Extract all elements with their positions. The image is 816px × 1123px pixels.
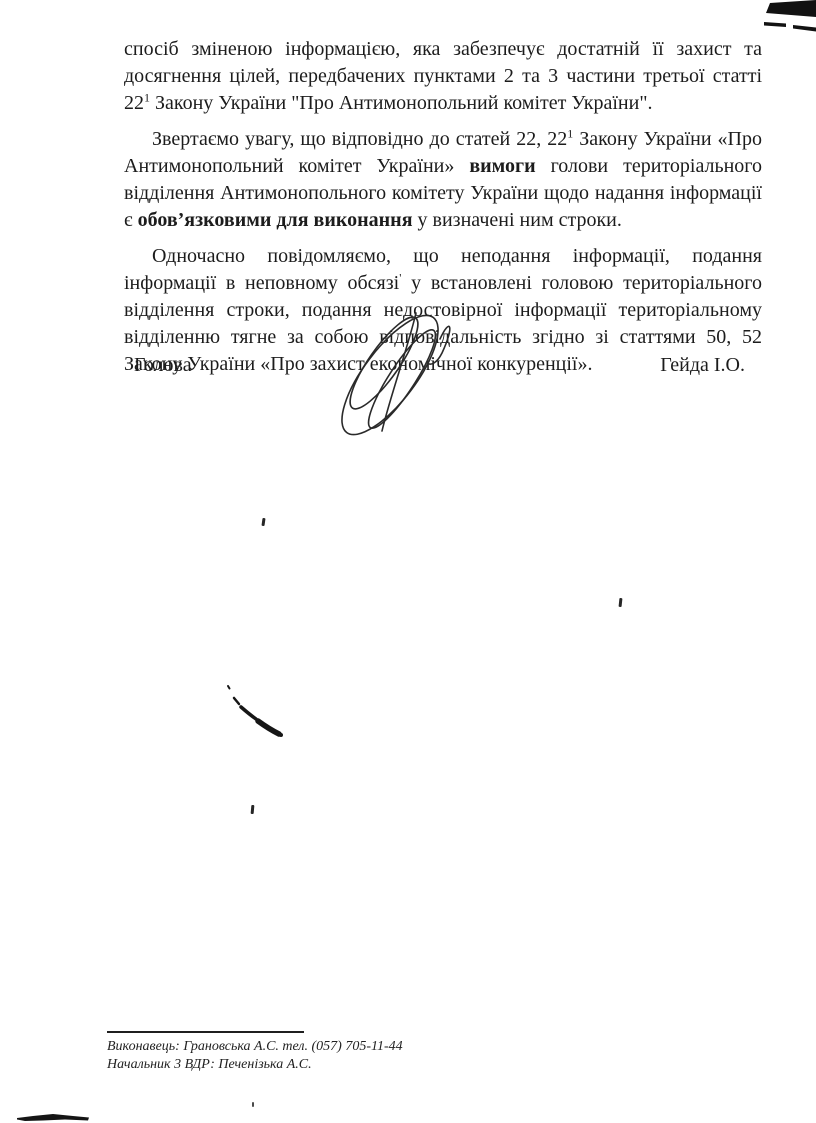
ink-speck (251, 805, 255, 814)
footer-executor: Виконавець: Грановська А.С. тел. (057) 7… (107, 1038, 403, 1056)
footer-department-head: Начальник 3 ВДР: Печенізька А.С. (107, 1056, 403, 1074)
text-segment: обов’язковими для виконання (138, 209, 413, 231)
paragraph: Звертаємо увагу, що відповідно до статей… (124, 126, 762, 234)
ink-squiggle-icon (222, 678, 290, 748)
ink-speck (252, 1102, 254, 1107)
bottom-smudge-icon (15, 1113, 95, 1123)
paragraph: спосіб зміненою інформацією, яка забезпе… (124, 36, 762, 117)
text-segment: Закону України "Про Антимонопольний комі… (150, 92, 652, 114)
ink-speck (619, 598, 623, 607)
signature-scribble-icon (320, 297, 470, 447)
signer-title: Голова (134, 352, 192, 379)
scan-dash-icon (793, 25, 816, 32)
scan-corner-block-icon (760, 0, 816, 34)
signer-name: Гейда І.О. (660, 352, 745, 379)
scanned-letter-page: спосіб зміненою інформацією, яка забезпе… (0, 0, 816, 1123)
ink-speck (261, 518, 265, 526)
footer-divider (107, 1031, 304, 1033)
text-segment: Звертаємо увагу, що відповідно до статей… (152, 128, 567, 150)
text-segment: у визначені ним строки. (413, 209, 622, 231)
scan-dash-icon (764, 22, 786, 27)
footer: Виконавець: Грановська А.С. тел. (057) 7… (107, 1031, 403, 1074)
text-segment: вимоги (469, 155, 535, 177)
